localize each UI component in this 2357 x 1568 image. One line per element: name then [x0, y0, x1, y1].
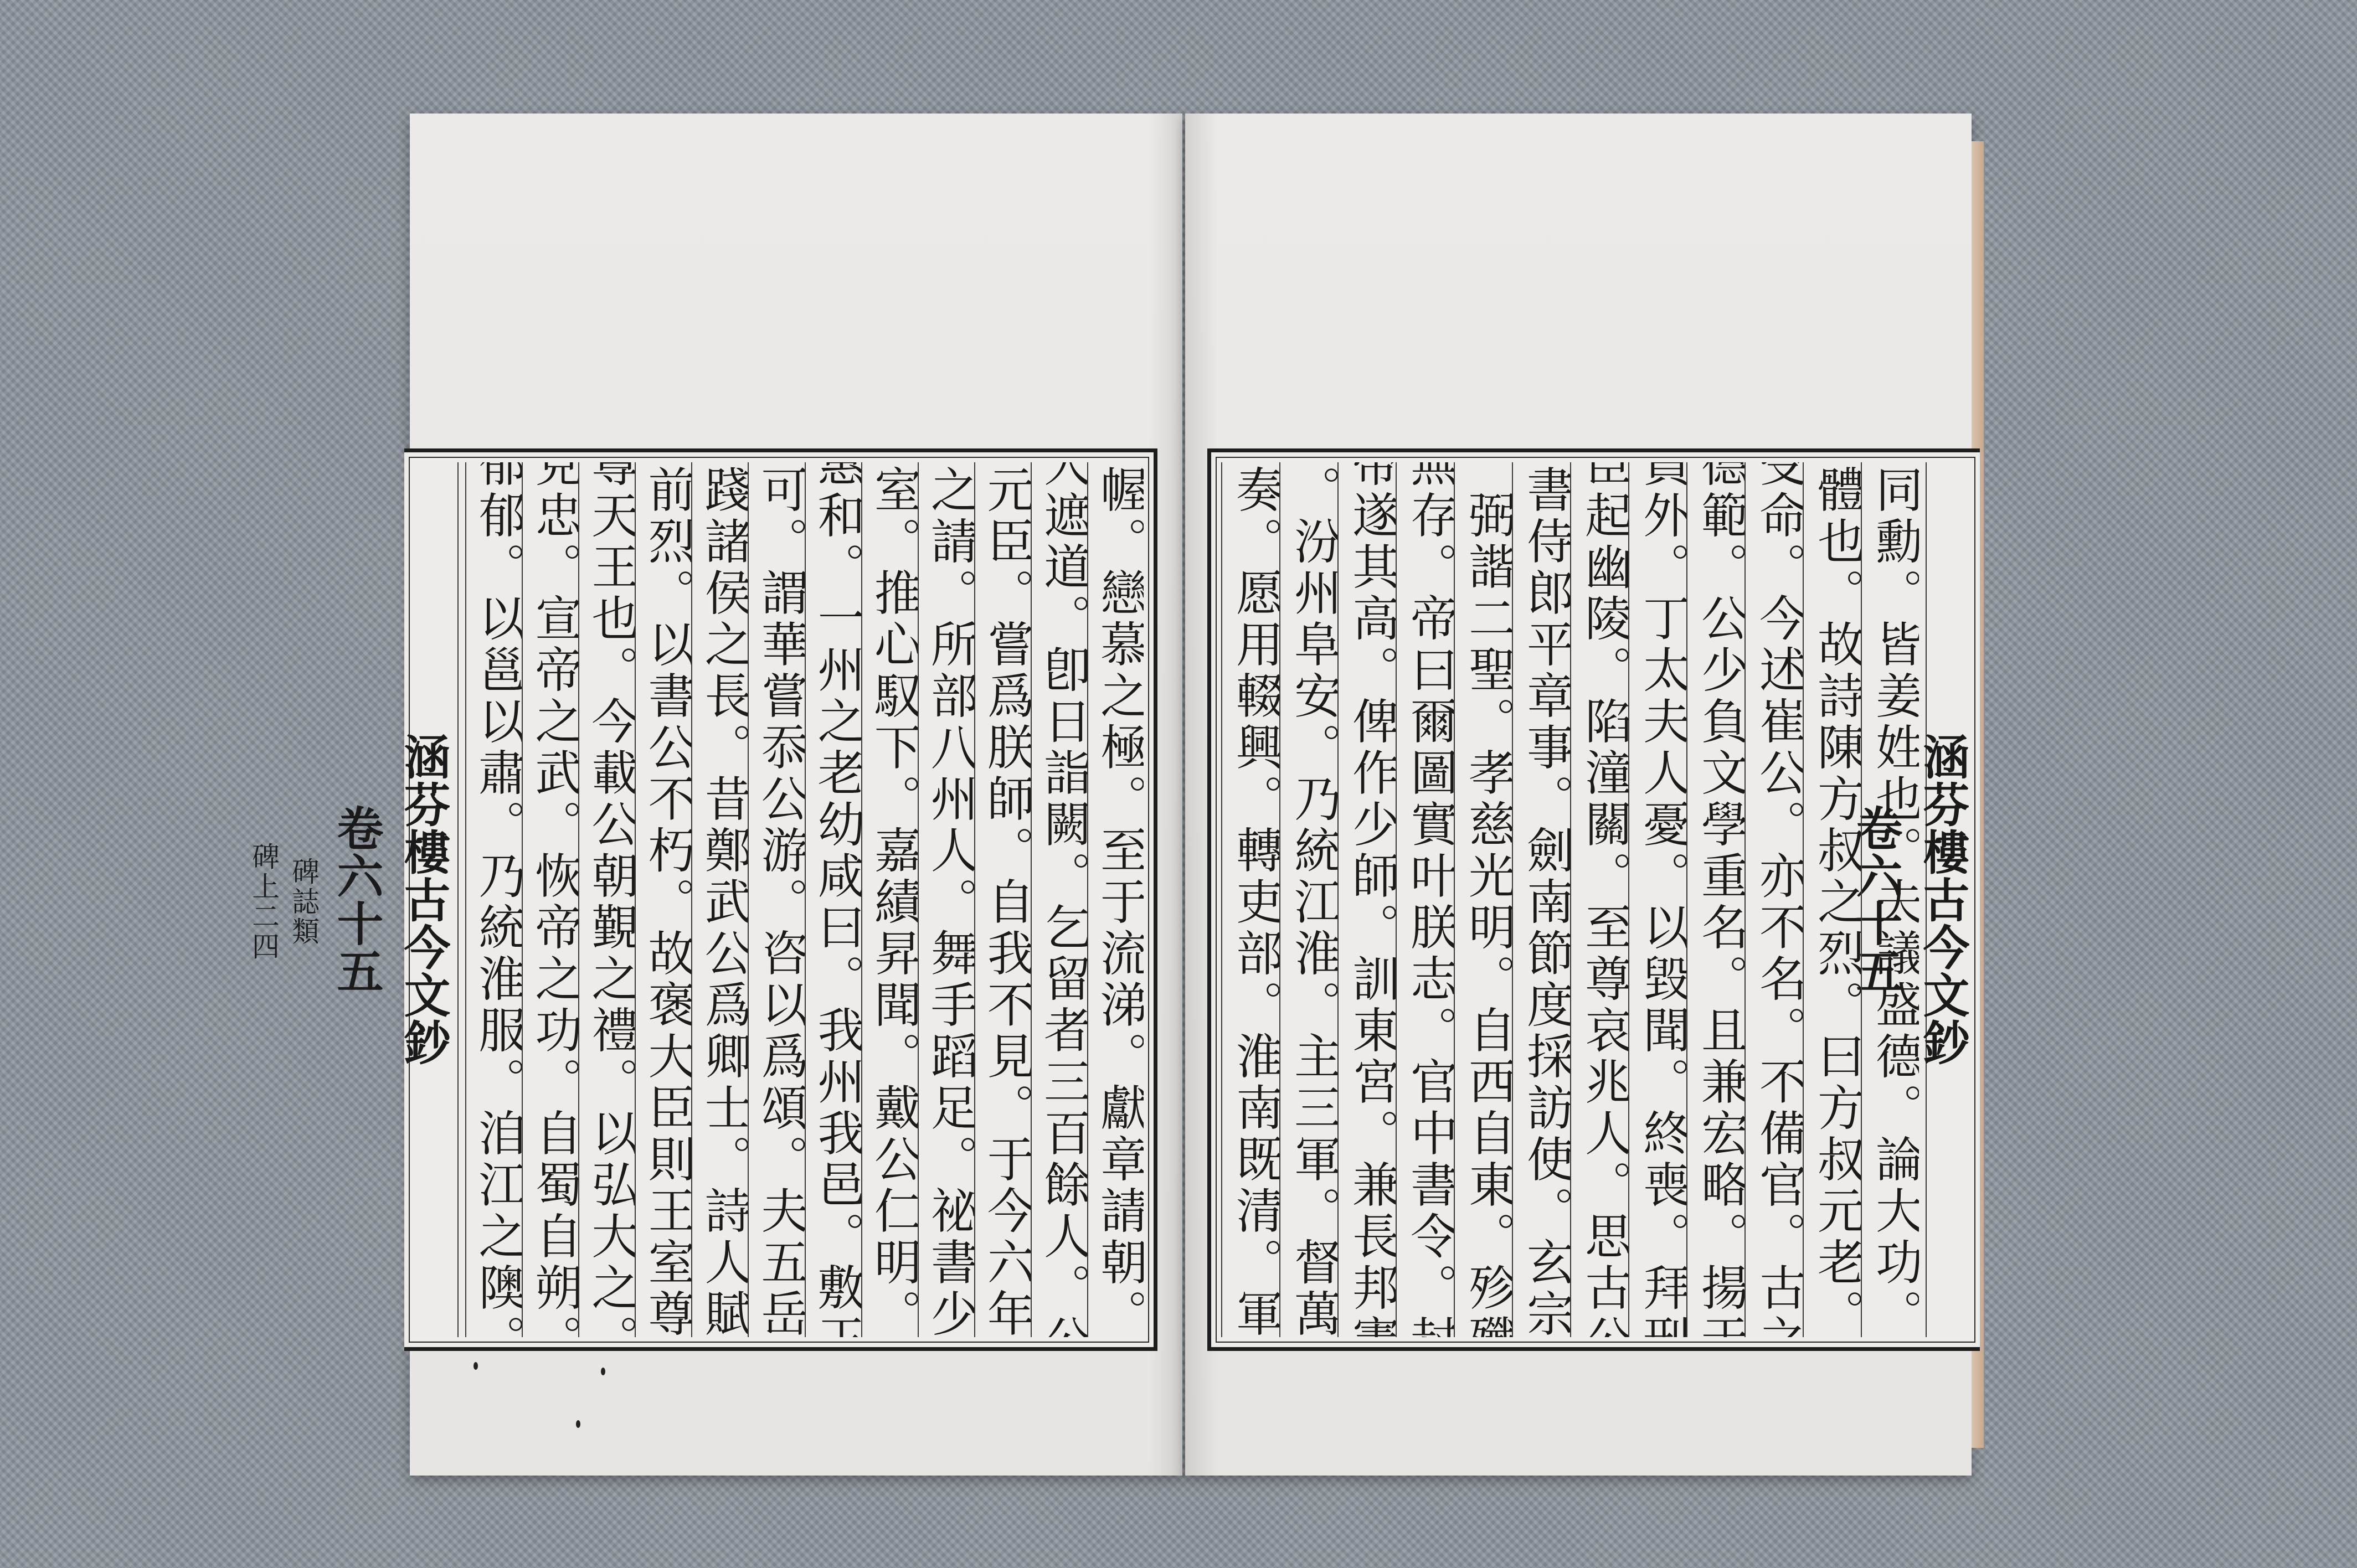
text-columns-left: 康哉。六歲在鎭。心馳王幄。戀慕之極。至于流涕。獻章請朝。帝恩降允。公不俟駕。建 … [465, 462, 1144, 1337]
text-column: 天子大悅曰。趙國先帝元臣。嘗爲朕師。自我不見。于今六年。有司如朕意待之。加 [974, 462, 1031, 1337]
text-column: 劉商。先后之族。臨人惠和。一州之老幼咸曰。我州我邑。敷王德澤。崔公封內。我是 [805, 462, 861, 1337]
binding-hole [576, 1420, 580, 1428]
text-column: 康哉。六歲在鎭。心馳王幄。戀慕之極。至于流涕。獻章請朝。帝恩降允。公不俟駕。建 [1087, 462, 1144, 1337]
text-column: 昭明。不書其細。申大體也。故詩陳方叔之烈。曰方叔元老。克壯其猷。又美韓侯之 [1803, 462, 1861, 1337]
page-heading-right: 涵芬樓古今文鈔 卷六十五 [1926, 462, 1977, 1337]
binding-hole [601, 1368, 605, 1375]
text-column: 翟奉王職。與崔公叶德同勳。皆姜姓也。夫議盛德。論大功。贊大賢。舉其殊倫卓然 [1861, 462, 1919, 1337]
volume-label: 卷六十五 [323, 804, 390, 995]
text-column: 封。曰有倬其道。韓侯受命。今述崔公。亦不名。不備官。古之制也。後魏尙書亮八代 [1744, 462, 1803, 1337]
text-column: 以安其仁。不銘其德不可。謂華嘗忝公游。咨以爲頌。夫五岳視三公。四瀆視諸侯。 [748, 462, 804, 1337]
text-column: 深有文武才略。忠于王室。推心馭下。嘉績昇聞。戴公仁明。思揚盛德。合肥令彭城 [861, 462, 918, 1337]
text-columns-right: 翟奉王職。與崔公叶德同勳。皆姜姓也。夫議盛德。論大功。贊大賢。舉其殊倫卓然 昭明… [1221, 462, 1919, 1337]
text-column: 旆將馳。耆耆泣訴。吏人遮道。卽日詣闕。乞留者三百餘人。公申諭而行。至于京師。 [1031, 462, 1087, 1337]
text-column: 公入掌三公之政。出踐諸侯之長。昔鄭武公爲卿士。詩人賦緇衣。魯僖公爲周賢 [691, 462, 748, 1337]
text-frame-right: 涵芬樓古今文鈔 卷六十五 翟奉王職。與崔公叶德同勳。皆姜姓也。夫議盛德。論大功。… [1207, 448, 1980, 1351]
page-heading-left: 涵芬樓古今文鈔 卷六十五 碑誌類 碑上二四 [408, 462, 459, 1337]
text-column: 兆倉曹參軍。再遷司勳員外。丁太夫人憂。以毀聞。終喪。拜刑部員外。兼侍御史。知 [1628, 462, 1686, 1337]
text-column: 山行。冠若霜藁。鼓燎無存。帝曰爾圖實叶朕志。官中書令。封趙國公。公拜稽首。臣 [1396, 462, 1454, 1337]
book-title: 涵芬樓古今文鈔 [390, 733, 457, 1066]
open-book: 涵芬樓古今文鈔 卷六十五 碑誌類 碑上二四 康哉。六歲在鎭。心馳王幄。戀慕之極。… [410, 114, 1972, 1476]
text-column: 王。又典汾州。王德日宣。汾州阜安。乃統江淮。主三軍。督萬人。加工部尙書。時征鎭 [1279, 462, 1337, 1337]
text-column: 公出納王命。至于朔方。弼諧二聖。孝慈光明。自西自東。殄殲元惡。天討之師。岌如 [1454, 462, 1512, 1337]
category-label: 碑誌類 [284, 857, 323, 947]
page-number: 碑上二四 [244, 842, 284, 962]
text-column: 敢上冒以負天明命。帝遂其高。俾作少師。訓東宮。兼長邦憲。居守洛京。乃傅濟 [1337, 462, 1396, 1337]
left-page: 涵芬樓古今文鈔 卷六十五 碑誌類 碑上二四 康哉。六歲在鎭。心馳王幄。戀慕之極。… [410, 114, 1182, 1476]
text-column: 劍南節度留後事。逆臣起幽陵。陷潼關。至尊哀兆人。思古公避狄之義。於是帝車 [1570, 462, 1628, 1337]
binding-hole [474, 1362, 478, 1370]
text-column: 至公。海內首族。人倫德範。公少負文學重名。且兼宏略。揚于王庭。甲科入仕。歷京 [1686, 462, 1744, 1337]
text-column: 侯。史克頌駉野。敢附前烈。以書公不朽。故褒大臣則王室尊。崇美政則王命行。不 [635, 462, 691, 1337]
text-column: 惟頌公。尊天王也。今載公朝覲之禮。以弘大之。其文曰。 [578, 462, 635, 1337]
text-frame-left: 涵芬樓古今文鈔 卷六十五 碑誌類 碑上二四 康哉。六歲在鎭。心馳王幄。戀慕之極。… [404, 448, 1157, 1351]
text-column: 之司。恃勳奸令。公獨露奏。愿用輟興。轉吏部。淮南既清。軍有餘逸。夷難江南。萬里 [1221, 462, 1279, 1337]
text-column: 西南。依我心膂。拜中書侍郎平章事。劍南節度採訪使。玄宗克讓聖子。家爲唐虞。 [1512, 462, 1570, 1337]
text-column: 尙書左僕射。遂淮南之請。所部八州人。舞手蹈足。祕書少監兼廬州刺史長樂賈 [918, 462, 974, 1337]
text-column: 決事于衷。思崔公烈烈郁郁。以邕以肅。乃統淮服。洎江之隩。闔闔長轂。霞旆霜鏃。 [465, 462, 522, 1337]
text-column: 思崔公出鎭之崇。克孝克忠。宣帝之武。恢帝之功。自蜀自朔。至于秦宮。出納大命。 [522, 462, 578, 1337]
book-title: 涵芬樓古今文鈔 [1910, 733, 1977, 1066]
right-page: 涵芬樓古今文鈔 卷六十五 翟奉王職。與崔公叶德同勳。皆姜姓也。夫議盛德。論大功。… [1185, 114, 1972, 1476]
